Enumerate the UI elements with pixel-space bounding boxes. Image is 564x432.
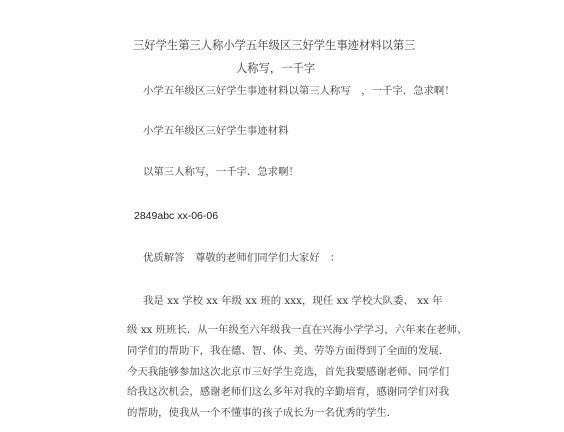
question-text-part-2: 以第三人称写，一千字．急求啊！ [143,165,299,179]
document-title-line-2: 人称写，一千字 [236,62,315,76]
document-title-line-1: 三好学生第三人称小学五年级区三好学生事迹材料以第三 [133,39,415,53]
answer-line: 的帮助，使我从一个不懂事的孩子成长为一名优秀的学生． [127,406,397,420]
answer-header: 优质解答 尊敬的老师们同学们大家好 ： [143,251,340,265]
answer-line: 我是 xx 学校 xx 年级 xx 班的 xxx，现任 xx 学校大队委、 xx… [143,294,443,308]
question-summary: 小学五年级区三好学生事迹材料以第三人称写 ，一千字．急求啊！ [143,84,455,98]
question-text-part-1: 小学五年级区三好学生事迹材料 [143,124,288,138]
answer-line: 今天我能够参加这次北京市三好学生竞选，首先我要感谢老师、同学们 [127,365,449,379]
answer-line: 同学们的帮助下，我在德、智、体、美、劳等方面得到了全面的发展． [127,344,449,358]
answer-line: 级 xx 班班长．从一年级至六年级我一直在兴海小学学习，六年来在老师、 [127,323,467,337]
answer-line: 给我这次机会，感谢老师们这么多年对我的辛勤培育，感谢同学们对我 [127,385,449,399]
document-page: 三好学生第三人称小学五年级区三好学生事迹材料以第三 人称写，一千字 小学五年级区… [0,0,564,432]
author-date-meta: 2849abc xx-06-06 [134,209,218,223]
